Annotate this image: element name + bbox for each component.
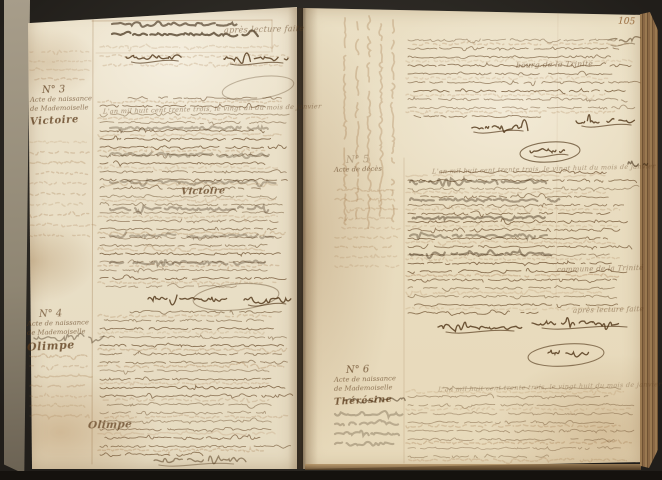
text-layer: 105 N° 3Acte de naissancede Mademoiselle… <box>0 0 662 480</box>
act-label: de Mademoiselle <box>30 103 100 114</box>
page-number: 105 <box>618 17 636 28</box>
handwritten-fragment: Olimpe <box>88 418 133 431</box>
handwritten-fragment: bourg de la Trinité <box>516 59 594 70</box>
handwritten-fragment: après lecture faite <box>224 24 305 35</box>
act-margin-note: N° 6Acte de naissancede MademoiselleThér… <box>334 364 404 406</box>
act-label: de Mademoiselle <box>27 327 97 338</box>
handwritten-fragment: Victoire <box>181 185 226 197</box>
act-person-name: Olimpe <box>27 337 98 354</box>
handwritten-fragment: L'an mil huit cent trente trois, le ving… <box>103 102 322 115</box>
act-person-name: Victoire <box>30 113 100 128</box>
act-margin-note: N° 5Acte de décès <box>334 154 404 174</box>
handwritten-fragment: L'an mil huit cent trente trois, le ving… <box>438 380 662 393</box>
handwritten-fragment: après lecture faite <box>573 305 645 315</box>
act-margin-note: N° 4Acte de naissancede MademoiselleOlim… <box>27 308 97 352</box>
act-person-name: Thérésine <box>334 393 404 408</box>
act-label: de Mademoiselle <box>334 383 404 394</box>
manuscript-register-photo: 105 N° 3Acte de naissancede Mademoiselle… <box>0 0 662 480</box>
handwritten-fragment: commune de la Trinité <box>557 264 644 274</box>
act-margin-note: N° 3Acte de naissancede MademoiselleVict… <box>30 84 100 126</box>
handwritten-fragment: L'an mil huit cent trente trois, le ving… <box>432 162 656 175</box>
act-label: Acte de décès <box>334 164 404 175</box>
